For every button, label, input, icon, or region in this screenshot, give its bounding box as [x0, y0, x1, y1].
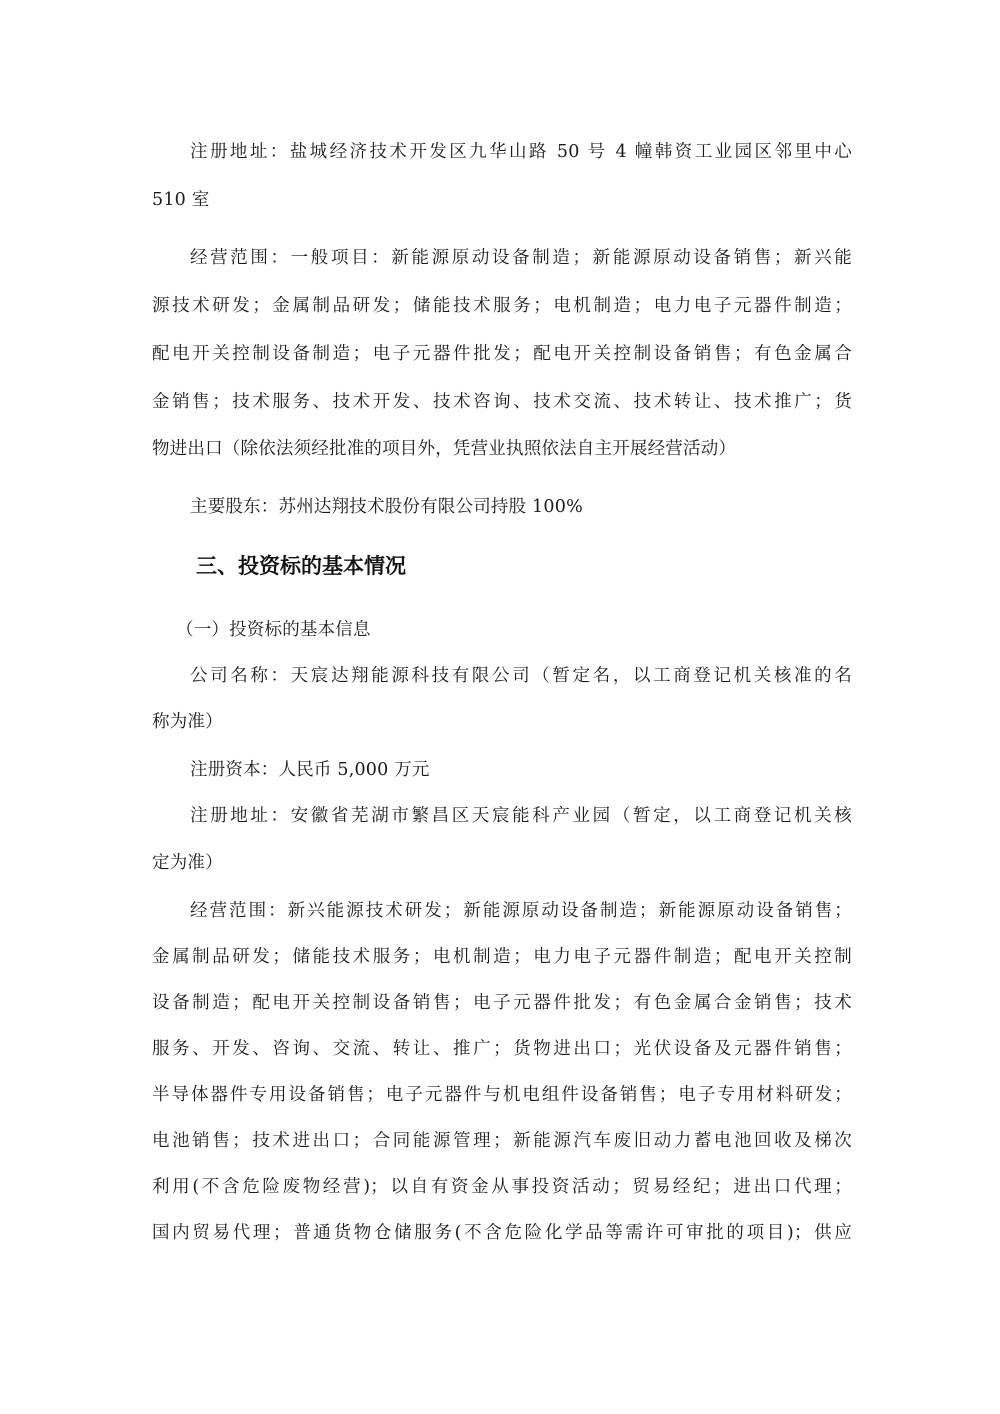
section-title: 三、投资标的基本情况: [196, 552, 406, 580]
target-scope-line: 利用(不含危险废物经营)；以自有资金从事投资活动；贸易经纪；进出口代理；: [152, 1175, 852, 1199]
target-scope-line: 金属制品研发；储能技术服务；电机制造；电力电子元器件制造；配电开关控制: [152, 945, 852, 969]
target-capital: 注册资本：人民币 5,000 万元: [190, 758, 852, 782]
prev-company-shareholder: 主要股东：苏州达翔技术股份有限公司持股 100%: [190, 495, 852, 519]
target-scope-line: 电池销售；技术进出口；合同能源管理；新能源汽车废旧动力蓄电池回收及梯次: [152, 1129, 852, 1153]
target-scope-line: 经营范围：新兴能源技术研发；新能源原动设备制造；新能源原动设备销售；: [190, 899, 852, 923]
target-scope-line: 半导体器件专用设备销售；电子元器件与机电组件设备销售；电子专用材料研发；: [152, 1083, 852, 1107]
prev-company-scope-line: 金销售；技术服务、技术开发、技术咨询、技术交流、技术转让、技术推广；货: [152, 390, 852, 414]
subsection-title: （一）投资标的基本信息: [176, 618, 876, 642]
target-scope-line: 服务、开发、咨询、交流、转让、推广；货物进出口；光伏设备及元器件销售；: [152, 1037, 852, 1061]
target-scope-line: 设备制造；配电开关控制设备销售；电子元器件批发；有色金属合金销售；技术: [152, 991, 852, 1015]
prev-company-address-line2: 510 室: [152, 188, 852, 212]
target-name-line: 公司名称：天宸达翔能源科技有限公司（暂定名，以工商登记机关核准的名: [190, 664, 852, 688]
target-scope-line: 国内贸易代理；普通货物仓储服务(不含危险化学品等需许可审批的项目)；供应: [152, 1221, 852, 1245]
prev-company-scope-line: 物进出口（除依法须经批准的项目外，凭营业执照依法自主开展经营活动）: [152, 437, 852, 461]
prev-company-address-line1: 注册地址：盐城经济技术开发区九华山路 50 号 4 幢韩资工业园区邻里中心: [190, 140, 852, 164]
target-address-line: 注册地址：安徽省芜湖市繁昌区天宸能科产业园（暂定，以工商登记机关核: [190, 804, 852, 828]
target-name-line: 称为准）: [152, 710, 852, 734]
prev-company-scope-line: 配电开关控制设备制造；电子元器件批发；配电开关控制设备销售；有色金属合: [152, 342, 852, 366]
document-page: 注册地址：盐城经济技术开发区九华山路 50 号 4 幢韩资工业园区邻里中心 51…: [0, 0, 1000, 1414]
target-address-line: 定为准）: [152, 851, 852, 875]
prev-company-scope-line: 经营范围：一般项目：新能源原动设备制造；新能源原动设备销售；新兴能: [190, 246, 852, 270]
prev-company-scope-line: 源技术研发；金属制品研发；储能技术服务；电机制造；电力电子元器件制造；: [152, 294, 852, 318]
